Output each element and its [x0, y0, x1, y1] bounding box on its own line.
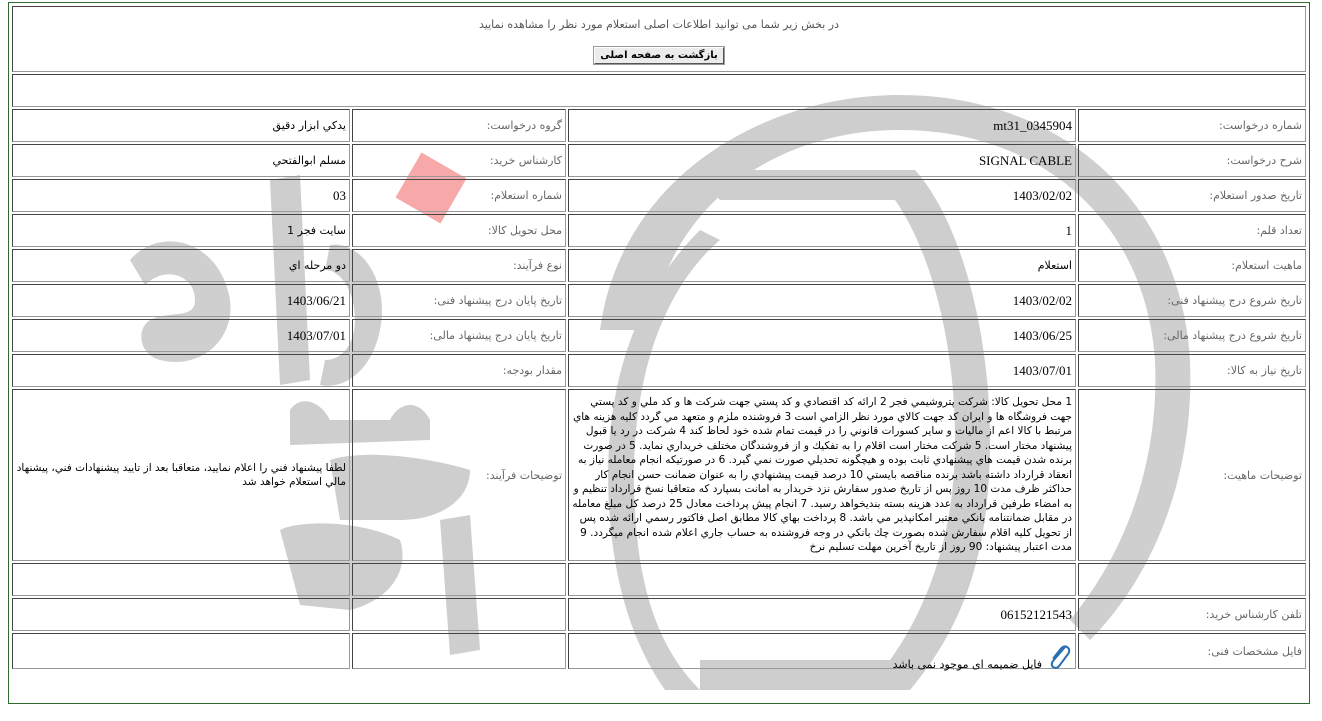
request-group-value: يدكي ابزار دقيق: [12, 109, 350, 142]
empty-cell: [12, 598, 350, 631]
paperclip-icon[interactable]: [1046, 643, 1072, 671]
delivery-location-value: سايت فجر 1: [12, 214, 350, 247]
empty-cell: [12, 563, 350, 596]
request-number-value: mt31_0345904: [568, 109, 1076, 142]
empty-cell: [352, 598, 566, 631]
inquiry-number-label: شماره استعلام:: [352, 179, 566, 212]
tech-offer-end-value: 1403/06/21: [12, 284, 350, 317]
empty-cell: [568, 563, 1076, 596]
field-row: تلفن کارشناس خرید: 06152121543: [12, 598, 1306, 631]
process-type-label: نوع فرآیند:: [352, 249, 566, 282]
empty-cell: [352, 563, 566, 596]
process-description-value: لطفا پيشنهاد فني را اعلام نماييد، متعاقب…: [12, 389, 350, 561]
item-count-value: 1: [568, 214, 1076, 247]
field-row: تاریخ شروع درج پیشنهاد مالی: 1403/06/25 …: [12, 319, 1306, 352]
field-row: تاریخ شروع درج پیشنهاد فنی: 1403/02/02 ت…: [12, 284, 1306, 317]
tech-offer-start-label: تاریخ شروع درج پیشنهاد فنی:: [1078, 284, 1306, 317]
field-row: شرح درخواست: SIGNAL CABLE کارشناس خرید: …: [12, 144, 1306, 177]
process-description-label: توضیحات فرآیند:: [352, 389, 566, 561]
tech-offer-end-label: تاریخ پایان درج پیشنهاد فنی:: [352, 284, 566, 317]
expert-phone-label: تلفن کارشناس خرید:: [1078, 598, 1306, 631]
inquiry-nature-value: استعلام: [568, 249, 1076, 282]
fin-offer-start-value: 1403/06/25: [568, 319, 1076, 352]
need-date-label: تاریخ نیاز به کالا:: [1078, 354, 1306, 387]
request-number-label: شماره درخواست:: [1078, 109, 1306, 142]
inquiry-number-value: 03: [12, 179, 350, 212]
no-attachment-text: فایل ضمیمه ای موجود نمی باشد: [893, 658, 1042, 671]
empty-cell: [1078, 563, 1306, 596]
nature-description-label: توضیحات ماهیت:: [1078, 389, 1306, 561]
fin-offer-end-value: 1403/07/01: [12, 319, 350, 352]
field-row: تاریخ نیاز به کالا: 1403/07/01 مقدار بود…: [12, 354, 1306, 387]
field-row: تعداد قلم: 1 محل تحویل کالا: سايت فجر 1: [12, 214, 1306, 247]
item-count-label: تعداد قلم:: [1078, 214, 1306, 247]
attachment-info: فایل ضمیمه ای موجود نمی باشد: [572, 631, 1072, 671]
process-type-value: دو مرحله اي: [12, 249, 350, 282]
budget-amount-label: مقدار بودجه:: [352, 354, 566, 387]
empty-row: [12, 74, 1306, 107]
request-description-value: SIGNAL CABLE: [568, 144, 1076, 177]
field-row: شماره درخواست: mt31_0345904 گروه درخواست…: [12, 109, 1306, 142]
delivery-location-label: محل تحویل کالا:: [352, 214, 566, 247]
header-section: در بخش زیر شما می توانید اطلاعات اصلی اس…: [12, 6, 1306, 72]
tech-spec-file-cell: فایل ضمیمه ای موجود نمی باشد: [568, 633, 1076, 669]
nature-description-value: 1 محل تحويل كالا: شركت پتروشيمي فجر 2 ار…: [568, 389, 1076, 561]
inquiry-details-table: در بخش زیر شما می توانید اطلاعات اصلی اس…: [10, 4, 1308, 671]
need-date-value: 1403/07/01: [568, 354, 1076, 387]
fin-offer-end-label: تاریخ پایان درج پیشنهاد مالی:: [352, 319, 566, 352]
inquiry-issue-date-value: 1403/02/02: [568, 179, 1076, 212]
request-group-label: گروه درخواست:: [352, 109, 566, 142]
request-description-label: شرح درخواست:: [1078, 144, 1306, 177]
tech-spec-file-label: فایل مشخصات فنی:: [1078, 633, 1306, 669]
expert-phone-value: 06152121543: [568, 598, 1076, 631]
intro-text: در بخش زیر شما می توانید اطلاعات اصلی اس…: [16, 18, 1302, 31]
purchase-expert-value: مسلم ابوالفتحي: [12, 144, 350, 177]
empty-cell: [12, 633, 350, 669]
field-row: ماهیت استعلام: استعلام نوع فرآیند: دو مر…: [12, 249, 1306, 282]
budget-amount-value: [12, 354, 350, 387]
back-to-home-button[interactable]: بازگشت به صفحه اصلی: [594, 47, 724, 64]
tech-offer-start-value: 1403/02/02: [568, 284, 1076, 317]
field-row: فایل مشخصات فنی: فایل ضمیمه ای موجود نمی…: [12, 633, 1306, 669]
page: در بخش زیر شما می توانید اطلاعات اصلی اس…: [0, 0, 1322, 721]
inquiry-issue-date-label: تاریخ صدور استعلام:: [1078, 179, 1306, 212]
purchase-expert-label: کارشناس خرید:: [352, 144, 566, 177]
description-row: توضیحات ماهیت: 1 محل تحويل كالا: شركت پت…: [12, 389, 1306, 561]
fin-offer-start-label: تاریخ شروع درج پیشنهاد مالی:: [1078, 319, 1306, 352]
field-row: تاریخ صدور استعلام: 1403/02/02 شماره است…: [12, 179, 1306, 212]
inquiry-nature-label: ماهیت استعلام:: [1078, 249, 1306, 282]
empty-cell: [352, 633, 566, 669]
